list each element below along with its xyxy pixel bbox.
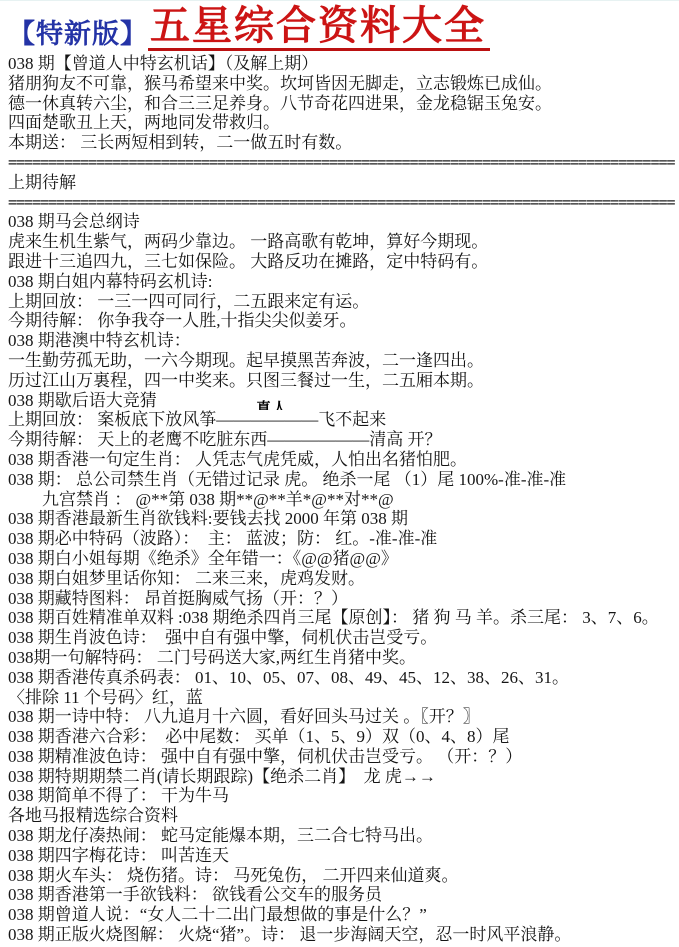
text-line: 〈排除 11 个号码〉红，蓝 (8, 688, 675, 708)
text-line: 038 期火车头： 烧伤猪。诗： 马死兔伤， 二开四来仙道爽。 (8, 866, 675, 886)
edition-badge: 【特新版】 (8, 21, 148, 51)
page-header: 【特新版】 五星综合资料大全 (8, 2, 675, 54)
text-line: 一生勤劳孤无助，一六今期现。起早摸黑苦奔波，二一逢四出。 (8, 351, 675, 371)
page: 【特新版】 五星综合资料大全 038 期【曾道人中特玄机话】（及解上期） 猪朋狗… (0, 0, 679, 947)
text-line: 038 期藏特图料： 昂首挺胸威气扬（开：？） (8, 589, 675, 609)
text-line: 038 期曾道人说：“女人二十二出门最想做的事是什么？” (8, 905, 675, 925)
text-line: 038 期歇后语大竞猜真人 (8, 391, 675, 411)
text-line: 038 期生肖波色诗： 强中自有强中擎，伺机伏击岂受亏。 (8, 628, 675, 648)
text-line: 德一休真转六尘，和合三三足养身。八节奇花四进果，金龙稳锯玉兔安。 (8, 94, 675, 114)
text-line: 038 期港澳中特玄机诗： (8, 331, 675, 351)
text-line: 038 期四字梅花诗： 叫苦连天 (8, 846, 675, 866)
text-line: 猪朋狗友不可靠，猴马希望来中奖。坎坷皆因无脚走，立志锻炼已成仙。 (8, 74, 675, 94)
text-line: 038 期一诗中特： 八九追月十六圆，看好回头马过关 。〖开？〗 (8, 707, 675, 727)
text-line: 今期待解： 你争我夺一人胜,十指尖尖似姜牙。 (8, 311, 675, 331)
text-line: 038 期白姐梦里话你知： 二来三来，虎鸡发财。 (8, 569, 675, 589)
text-line: 038 期香港第一手欲钱料： 欲钱看公交车的服务员 (8, 885, 675, 905)
text-line: 上期回放： 一三一四可同行，二五跟来定有运。 (8, 292, 675, 312)
text-line: 虎来生机生紫气，两码少靠边。 一路高歌有乾坤，算好今期现。 (8, 232, 675, 252)
text-line: 038 期龙仔凑热闹： 蛇马定能爆本期，三二合七特马出。 (8, 826, 675, 846)
text-line: 038 期白姐内幕特码玄机诗: (8, 272, 675, 292)
text-line: 九宫禁肖 ： @**第 038 期**@**羊*@**对**@ (8, 490, 675, 510)
text-line: 038 期香港一句定生肖： 人凭志气虎凭威，人怕出名猪怕肥。 (8, 450, 675, 470)
text-line: 038 期白小姐每期《绝杀》全年错一：《@@猪@@》 (8, 549, 675, 569)
text-line: 历过江山万裏程，四一中奖来。只图三餐过一生，二五厢本期。 (8, 371, 675, 391)
text-line: 四面楚歌丑上天，两地同发带救归。 (8, 113, 675, 133)
text-line: 038 期特期期禁二肖(请长期跟踪)【绝杀二肖】 龙 虎→→ (8, 767, 675, 787)
text-line: 今期待解： 天上的老鹰不吃脏东西——————清高 开？ (8, 430, 675, 450)
text-line: 038 期精准波色诗： 强中自有强中擎，伺机伏击岂受亏。 （开：？） (8, 747, 675, 767)
text-line: 上期回放： 案板底下放风筝——————飞不起来 (8, 410, 675, 430)
text-line: 038 期马会总纲诗 (8, 212, 675, 232)
text-line: 038 期香港传真杀码表： 01、10、05、07、08、49、45、12、38… (8, 668, 675, 688)
text-line: 038 期正版火烧图解： 火烧“猪”。诗： 退一步海阔天空，忍一时风平浪静。 (8, 925, 675, 945)
text-line: 038期一句解特码： 二门号码送大家,两红生肖猪中奖。 (8, 648, 675, 668)
text-line: 038 期香港六合彩： 必中尾数： 买单（1、5、9）双（0、4、8）尾 (8, 727, 675, 747)
text-line: 038 期香港最新生肖欲钱料:要钱去找 2000 年第 038 期 (8, 509, 675, 529)
text-line: 038 期简单不得了： 干为牛马 (8, 786, 675, 806)
separator-line: ========================================… (8, 193, 675, 213)
text-line: 038 期【曾道人中特玄机话】（及解上期） (8, 54, 675, 74)
text-line: 跟进十三追四九，三七如保险。 大路反功在摊路，定中特码有。 (8, 252, 675, 272)
content: 038 期【曾道人中特玄机话】（及解上期） 猪朋狗友不可靠，猴马希望来中奖。坎坷… (8, 54, 675, 945)
separator-line: ========================================… (8, 153, 675, 173)
overlay-text: 真人 (256, 400, 288, 411)
text-line: 各地马报精选综合资料 (8, 806, 675, 826)
text-line: 038 期必中特码（波路）： 主： 蓝波；防： 红。-准-准-准 (8, 529, 675, 549)
page-title: 五星综合资料大全 (148, 6, 490, 51)
text-line: 上期待解 (8, 173, 675, 193)
text-line: 本期送： 三长两短相到转，二一做五时有数。 (8, 133, 675, 153)
text-line: 038 期： 总公司禁生肖（无错过记录 虎。 绝杀一尾 （1）尾 100%-准-… (8, 470, 675, 490)
text-line: 038 期百姓精准单双料 :038 期绝杀四肖三尾【原创】： 猪 狗 马 羊。杀… (8, 608, 675, 628)
